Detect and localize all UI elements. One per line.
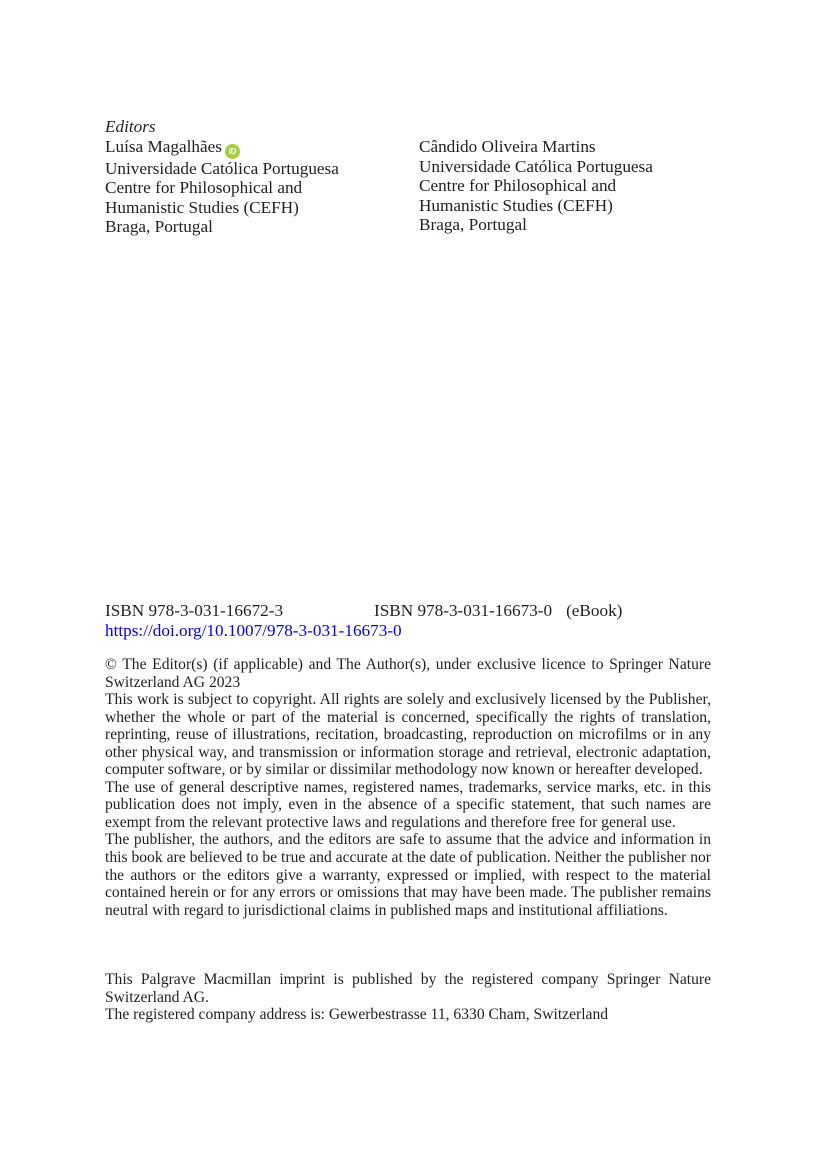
orcid-id-icon[interactable]: iD <box>225 144 240 159</box>
editor-right-affiliation-1: Universidade Católica Portuguesa <box>419 157 653 177</box>
editor-left-affiliation-2: Centre for Philosophical and <box>105 178 339 198</box>
company-address: The registered company address is: Gewer… <box>105 1006 711 1024</box>
editor-right-affiliation-2: Centre for Philosophical and <box>419 176 653 196</box>
editor-right-affiliation-4: Braga, Portugal <box>419 215 653 235</box>
imprint-notice: This Palgrave Macmillan imprint is publi… <box>105 971 711 1024</box>
isbn-row: ISBN 978-3-031-16672-3ISBN 978-3-031-166… <box>105 601 622 621</box>
editor-left-affiliation-1: Universidade Católica Portuguesa <box>105 159 339 179</box>
editors-label: Editors <box>105 117 339 137</box>
copyright-notice: © The Editor(s) (if applicable) and The … <box>105 656 711 919</box>
editor-left-name: Luísa Magalhães <box>105 137 222 156</box>
editor-left-block: Editors Luísa MagalhãesiD Universidade C… <box>105 117 339 237</box>
editor-right-affiliation-3: Humanistic Studies (CEFH) <box>419 196 653 216</box>
isbn-ebook: ISBN 978-3-031-16673-0 <box>374 601 552 621</box>
editor-right-block: Cândido Oliveira Martins Universidade Ca… <box>419 137 653 235</box>
editor-right-name: Cândido Oliveira Martins <box>419 137 653 157</box>
editor-left-affiliation-4: Braga, Portugal <box>105 217 339 237</box>
editor-left-affiliation-3: Humanistic Studies (CEFH) <box>105 198 339 218</box>
doi-link[interactable]: https://doi.org/10.1007/978-3-031-16673-… <box>105 621 402 641</box>
copyright-line: © The Editor(s) (if applicable) and The … <box>105 656 711 691</box>
trademark-paragraph: The use of general descriptive names, re… <box>105 779 711 832</box>
editor-left-name-line: Luísa MagalhãesiD <box>105 137 339 159</box>
copyright-rights-paragraph: This work is subject to copyright. All r… <box>105 691 711 779</box>
isbn-ebook-label: (eBook) <box>566 601 622 621</box>
imprint-paragraph: This Palgrave Macmillan imprint is publi… <box>105 971 711 1006</box>
isbn-print: ISBN 978-3-031-16672-3 <box>105 601 374 621</box>
disclaimer-paragraph: The publisher, the authors, and the edit… <box>105 831 711 919</box>
